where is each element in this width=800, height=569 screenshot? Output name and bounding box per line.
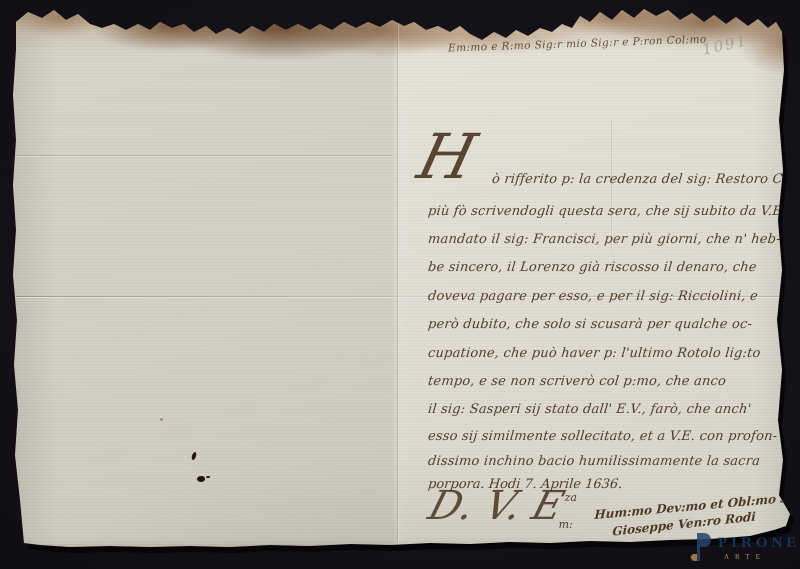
valediction-flourish: D. V. E za m:: [430, 486, 577, 530]
manuscript-paper: Em:mo e R:mo Sig:r mio Sig:r e P:ron Col…: [0, 0, 800, 569]
fold-crease-horizontal-faint: [16, 155, 392, 156]
valediction-abbreviations: za m:: [565, 492, 577, 530]
watermark-p-icon: [690, 532, 712, 562]
letter-line: più fò scrivendogli questa sera, che sij…: [427, 204, 800, 219]
valediction-initials: D. V. E: [424, 486, 568, 526]
letter-line: però dubito, che solo si scusarà per qua…: [427, 317, 753, 332]
letter-line: cupatione, che può haver p: l'ultimo Rot…: [427, 346, 761, 361]
fold-crease-vertical: [397, 8, 398, 542]
ink-spot: [197, 476, 205, 482]
watermark-name: PIRONE: [718, 535, 800, 552]
letter-line: be sincero, il Lorenzo già riscosso il d…: [427, 260, 757, 275]
foxing-spot: [160, 418, 163, 421]
letter-line: ò rifferito p: la credenza del sig: Rest…: [491, 172, 800, 187]
burnt-top-edge: [0, 0, 800, 96]
letter-line: dissimo inchino bacio humilissimamente l…: [427, 454, 761, 469]
photo-stage: Em:mo e R:mo Sig:r mio Sig:r e P:ron Col…: [0, 0, 800, 569]
valediction-subscript: m:: [559, 519, 577, 530]
letter-line: tempo, e se non scriverò col p:mo, che a…: [427, 374, 727, 389]
letter-line: mandato il sig: Francisci, per più giorn…: [427, 232, 781, 247]
auction-house-watermark: PIRONE ARTE: [688, 530, 800, 566]
letter-line: doveva pagare per esso, e per il sig: Ri…: [427, 289, 758, 304]
letter-line: esso sij similmente sollecitato, et a V.…: [427, 429, 778, 444]
letter-line: il sig: Sasperi sij stato dall' E.V., fa…: [427, 402, 752, 417]
watermark-subtitle: ARTE: [724, 553, 766, 561]
